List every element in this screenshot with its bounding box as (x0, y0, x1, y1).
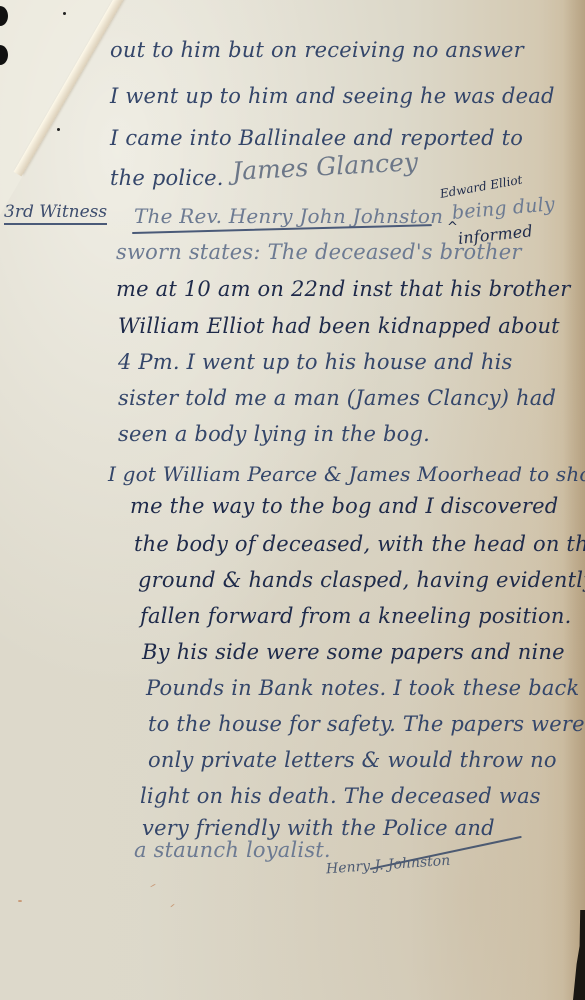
deposition-line: out to him but on receiving no answer (110, 38, 524, 62)
deposition-line: By his side were some papers and nine (142, 640, 565, 664)
deposition-line: I came into Ballinalee and reported to (110, 126, 523, 150)
deposition-line: being duly (451, 193, 556, 224)
deposition-line: the police. (110, 166, 224, 190)
signature-james-glancey: James Glancey (231, 147, 418, 186)
deposition-line: William Elliot had been kidnapped about (118, 314, 560, 338)
deposition-line: sworn states: The deceased's brother (116, 240, 256, 264)
deposition-line: seen a body lying in the bog. (118, 422, 430, 446)
margin-label-3rd-witness: 3rd Witness (4, 203, 107, 225)
paper-fiber (18, 900, 22, 902)
deposition-line: fallen forward from a kneeling position. (140, 604, 571, 628)
deposition-line: I went up to him and seeing he was dead (110, 84, 555, 108)
deposition-line: very friendly with the Police and (142, 816, 495, 840)
paper-fiber (150, 884, 156, 888)
deposition-line: only private letters & would throw no (148, 748, 557, 772)
document-page: out to him but on receiving no answer I … (0, 0, 585, 1000)
inserted-word-informed: informed (457, 221, 534, 248)
deposition-line: ground & hands clasped, having evidently (138, 568, 585, 592)
folded-corner (0, 0, 125, 215)
paper-fiber (170, 904, 174, 908)
deposition-line: to the house for safety. The papers were (148, 712, 585, 736)
deposition-line: 4 Pm. I went up to his house and his (118, 350, 513, 374)
deposition-line: the body of deceased, with the head on t… (134, 532, 585, 556)
deposition-line: me the way to the bog and I discovered (130, 494, 558, 518)
deposition-line: light on his death. The deceased was (140, 784, 541, 808)
paper-speck (63, 12, 66, 15)
paper-speck (57, 128, 60, 131)
deposition-line: I got William Pearce & James Moorhead to… (108, 462, 585, 486)
insertion-caret: ^ (447, 220, 458, 235)
deposition-line: sister told me a man (James Clancy) had (118, 386, 556, 410)
deposition-line: me at 10 am on 22nd inst that his brothe… (116, 277, 571, 301)
paper-edge-wear (563, 0, 585, 1000)
deposition-line: a staunch loyalist. (134, 838, 331, 862)
deposition-line: Pounds in Bank notes. I took these back (146, 676, 579, 700)
